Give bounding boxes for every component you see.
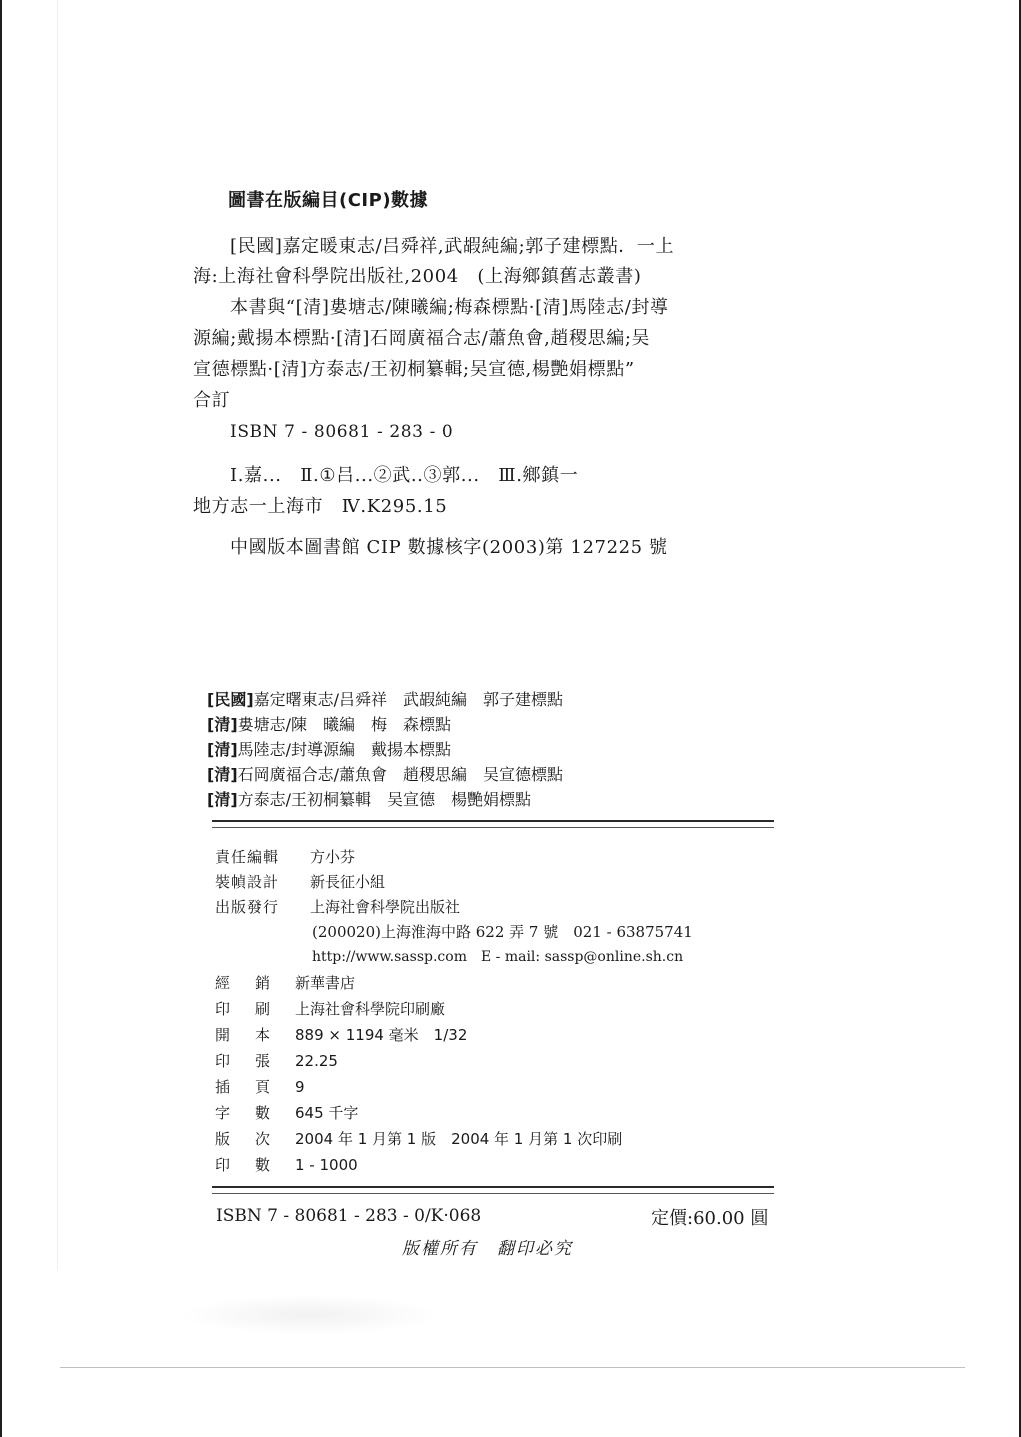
credit-text: 馬陸志/封導源編 戴揚本標點 [238,740,451,759]
cip-title: 圖書在版編目(CIP)數據 [228,186,428,212]
info-label: 出版發行 [215,896,310,917]
page-bottom-edge [60,1367,965,1368]
info-row-publisher: 出版發行上海社會科學院出版社 [215,896,460,917]
info-value: 上海社會科學院出版社 [310,896,460,917]
info-row: 印刷上海社會科學院印刷廠 [215,998,445,1019]
info-label-char: 銷 [255,972,295,993]
info-label-char: 次 [255,1128,295,1149]
info-label-char: 數 [255,1154,295,1175]
cip-line-3: 本書與“[清]婁塘志/陳曦編;梅森標點·[清]馬陸志/封導 [230,293,669,319]
credit-text: 嘉定曙東志/吕舜祥 武嘏純編 郭子建標點 [254,690,563,709]
credit-text: 婁塘志/陳 曦編 梅 森標點 [238,715,451,734]
info-value: 新長征小組 [310,871,385,892]
info-row-design: 裝幀設計新長征小組 [215,871,385,892]
isbn-full: ISBN 7 - 80681 - 283 - 0/K·068 [216,1206,481,1226]
credit-dynasty-tag: [清] [207,765,238,784]
cip-line-6: 合訂 [193,386,230,412]
info-value: 上海社會科學院印刷廠 [295,998,445,1019]
credit-text: 石岡廣福合志/蕭魚會 趙稷思編 吴宣德標點 [238,765,563,784]
credit-dynasty-tag: [民國] [207,690,254,709]
info-label: 裝幀設計 [215,871,310,892]
credit-dynasty-tag: [清] [207,715,238,734]
info-row: 插頁9 [215,1076,305,1097]
scan-smudge [180,1295,440,1335]
info-value: 645 千字 [295,1102,358,1123]
info-row: 字數645 千字 [215,1102,358,1123]
info-row: 印張22.25 [215,1050,338,1071]
info-label-char: 刷 [255,998,295,1019]
info-label-char: 插 [215,1076,255,1097]
info-label-char: 開 [215,1024,255,1045]
info-label-char: 數 [255,1102,295,1123]
info-row: 經銷新華書店 [215,972,355,993]
info-label-char: 印 [215,998,255,1019]
info-row: 版次2004 年 1 月第 1 版 2004 年 1 月第 1 次印刷 [215,1128,622,1149]
cip-isbn: ISBN 7 - 80681 - 283 - 0 [230,422,453,442]
cip-subject-line-1: Ⅰ.嘉... Ⅱ.①吕...②武..③郭... Ⅲ.鄉鎮一 [230,461,578,487]
credit-line: [清]方泰志/王初桐纂輯 吴宣德 楊艷娟標點 [207,787,531,810]
info-value: 22.25 [295,1052,338,1070]
page-edge-left [0,0,2,1437]
divider-bottom [212,1186,774,1194]
credit-dynasty-tag: [清] [207,740,238,759]
cip-line-4: 源編;戴揚本標點·[清]石岡廣福合志/蕭魚會,趙稷思編;吴 [193,324,650,350]
info-row-editor: 責任編輯方小芬 [215,846,355,867]
cip-subject-line-2: 地方志一上海市 Ⅳ.K295.15 [193,492,447,518]
info-row: 開本889 × 1194 毫米 1/32 [215,1024,467,1045]
info-value: 9 [295,1078,305,1096]
copyright-notice: 版權所有 翻印必究 [402,1234,573,1259]
credit-line: [民國]嘉定曙東志/吕舜祥 武嘏純編 郭子建標點 [207,687,563,710]
info-value: 2004 年 1 月第 1 版 2004 年 1 月第 1 次印刷 [295,1128,622,1149]
info-row: 印數1 - 1000 [215,1154,358,1175]
info-label-char: 張 [255,1050,295,1071]
info-label-char: 印 [215,1050,255,1071]
cip-line-1: [民國]嘉定暖東志/吕舜祥,武嘏純編;郭子建標點．一上 [230,232,674,258]
cip-library-record: 中國版本圖書館 CIP 數據核字(2003)第 127225 號 [230,533,668,559]
credit-line: [清]石岡廣福合志/蕭魚會 趙稷思編 吴宣德標點 [207,762,563,785]
price: 定價:60.00 圓 [651,1204,768,1230]
credit-text: 方泰志/王初桐纂輯 吴宣德 楊艷娟標點 [238,790,531,809]
divider-top [212,820,774,828]
credit-line: [清]婁塘志/陳 曦編 梅 森標點 [207,712,451,735]
publisher-web-email: http://www.sassp.com E - mail: sassp@onl… [312,946,683,966]
cip-line-2: 海:上海社會科學院出版社,2004 (上海鄉鎮舊志叢書) [193,262,641,288]
info-value: 1 - 1000 [295,1156,358,1174]
info-label-char: 版 [215,1128,255,1149]
info-label-char: 頁 [255,1076,295,1097]
info-label-char: 本 [255,1024,295,1045]
credit-line: [清]馬陸志/封導源編 戴揚本標點 [207,737,451,760]
credit-dynasty-tag: [清] [207,790,238,809]
info-label-char: 經 [215,972,255,993]
info-value: 方小芬 [310,846,355,867]
publisher-address: (200020)上海淮海中路 622 弄 7 號 021 - 63875741 [312,921,693,942]
info-label: 責任編輯 [215,846,310,867]
info-value: 889 × 1194 毫米 1/32 [295,1024,467,1045]
info-label-char: 印 [215,1154,255,1175]
info-label-char: 字 [215,1102,255,1123]
info-value: 新華書店 [295,972,355,993]
scan-artifact-line [57,0,58,1270]
cip-line-5: 宣德標點·[清]方泰志/王初桐纂輯;吴宣德,楊艷娟標點” [193,355,635,381]
